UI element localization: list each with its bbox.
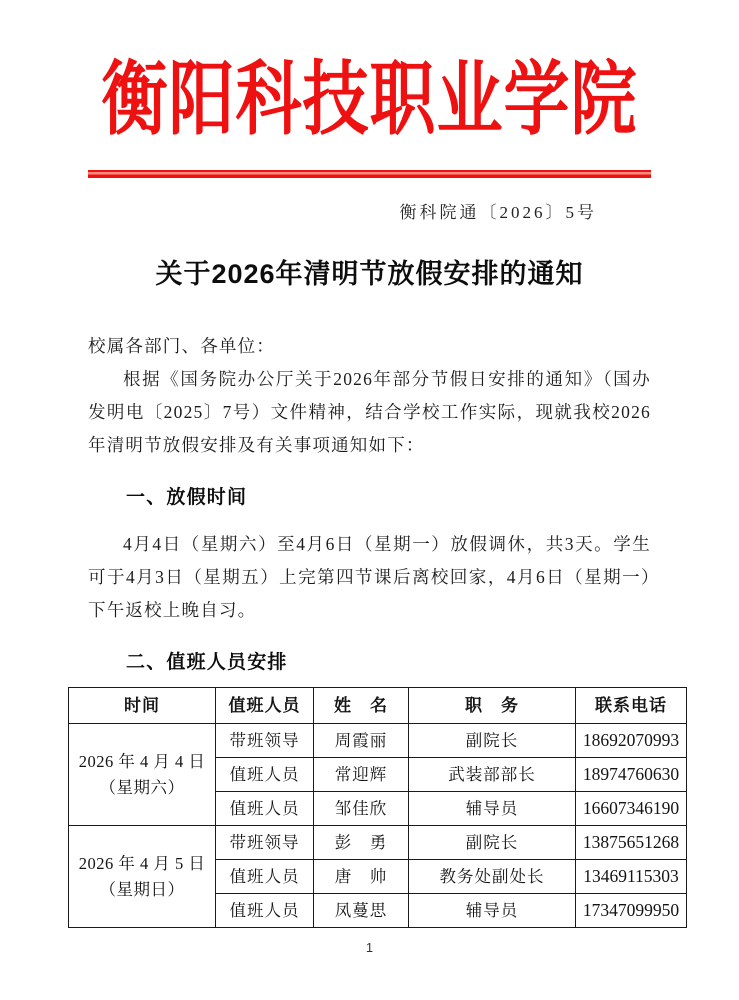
duty-date-line2: （星期日）: [100, 880, 185, 899]
role-cell: 带班领导: [216, 724, 314, 758]
position-cell: 教务处副处长: [409, 860, 576, 894]
role-cell: 值班人员: [216, 792, 314, 826]
table-row: 2026 年 4 月 5 日 （星期日） 带班领导 彭 勇 副院长 138756…: [69, 826, 687, 860]
duty-date-cell: 2026 年 4 月 5 日 （星期日）: [69, 826, 216, 928]
table-row: 2026 年 4 月 4 日 （星期六） 带班领导 周霞丽 副院长 186920…: [69, 724, 687, 758]
section-2-heading: 二、值班人员安排: [88, 649, 651, 677]
intro-paragraph: 根据《国务院办公厅关于2026年部分节假日安排的通知》（国办发明电〔2025〕7…: [88, 363, 651, 462]
page-number: 1: [0, 940, 739, 955]
name-cell: 彭 勇: [314, 826, 409, 860]
duty-date-line1: 2026 年 4 月 4 日: [79, 752, 206, 771]
position-cell: 辅导员: [409, 894, 576, 928]
position-cell: 武装部部长: [409, 758, 576, 792]
document-number: 衡科院通〔2026〕5号: [0, 198, 597, 223]
role-cell: 值班人员: [216, 758, 314, 792]
phone-cell: 17347099950: [576, 894, 687, 928]
name-cell: 邹佳欣: [314, 792, 409, 826]
table-header-row: 时间 值班人员 姓 名 职 务 联系电话: [69, 688, 687, 724]
duty-schedule-table: 时间 值班人员 姓 名 职 务 联系电话 2026 年 4 月 4 日 （星期六…: [68, 687, 687, 928]
header-cell-time: 时间: [69, 688, 216, 724]
role-cell: 值班人员: [216, 894, 314, 928]
notice-body: 校属各部门、各单位： 根据《国务院办公厅关于2026年部分节假日安排的通知》（国…: [88, 330, 651, 928]
phone-cell: 13875651268: [576, 826, 687, 860]
position-cell: 副院长: [409, 724, 576, 758]
school-name-header: 衡阳科技职业学院: [0, 56, 739, 146]
phone-cell: 16607346190: [576, 792, 687, 826]
phone-cell: 13469115303: [576, 860, 687, 894]
phone-cell: 18692070993: [576, 724, 687, 758]
name-cell: 周霞丽: [314, 724, 409, 758]
position-cell: 辅导员: [409, 792, 576, 826]
salutation: 校属各部门、各单位：: [88, 330, 651, 363]
name-cell: 唐 帅: [314, 860, 409, 894]
header-cell-position: 职 务: [409, 688, 576, 724]
duty-date-line2: （星期六）: [100, 778, 185, 797]
header-cell-name: 姓 名: [314, 688, 409, 724]
section-1-heading: 一、放假时间: [88, 484, 651, 512]
phone-cell: 18974760630: [576, 758, 687, 792]
name-cell: 常迎辉: [314, 758, 409, 792]
name-cell: 凤蔓思: [314, 894, 409, 928]
role-cell: 带班领导: [216, 826, 314, 860]
header-cell-phone: 联系电话: [576, 688, 687, 724]
section-1-paragraph: 4月4日（星期六）至4月6日（星期一）放假调休，共3天。学生可于4月3日（星期五…: [88, 528, 651, 627]
red-separator-rule: [88, 170, 651, 178]
duty-date-cell: 2026 年 4 月 4 日 （星期六）: [69, 724, 216, 826]
position-cell: 副院长: [409, 826, 576, 860]
duty-date-line1: 2026 年 4 月 5 日: [79, 854, 206, 873]
role-cell: 值班人员: [216, 860, 314, 894]
header-cell-role: 值班人员: [216, 688, 314, 724]
notice-title: 关于2026年清明节放假安排的通知: [0, 252, 739, 291]
